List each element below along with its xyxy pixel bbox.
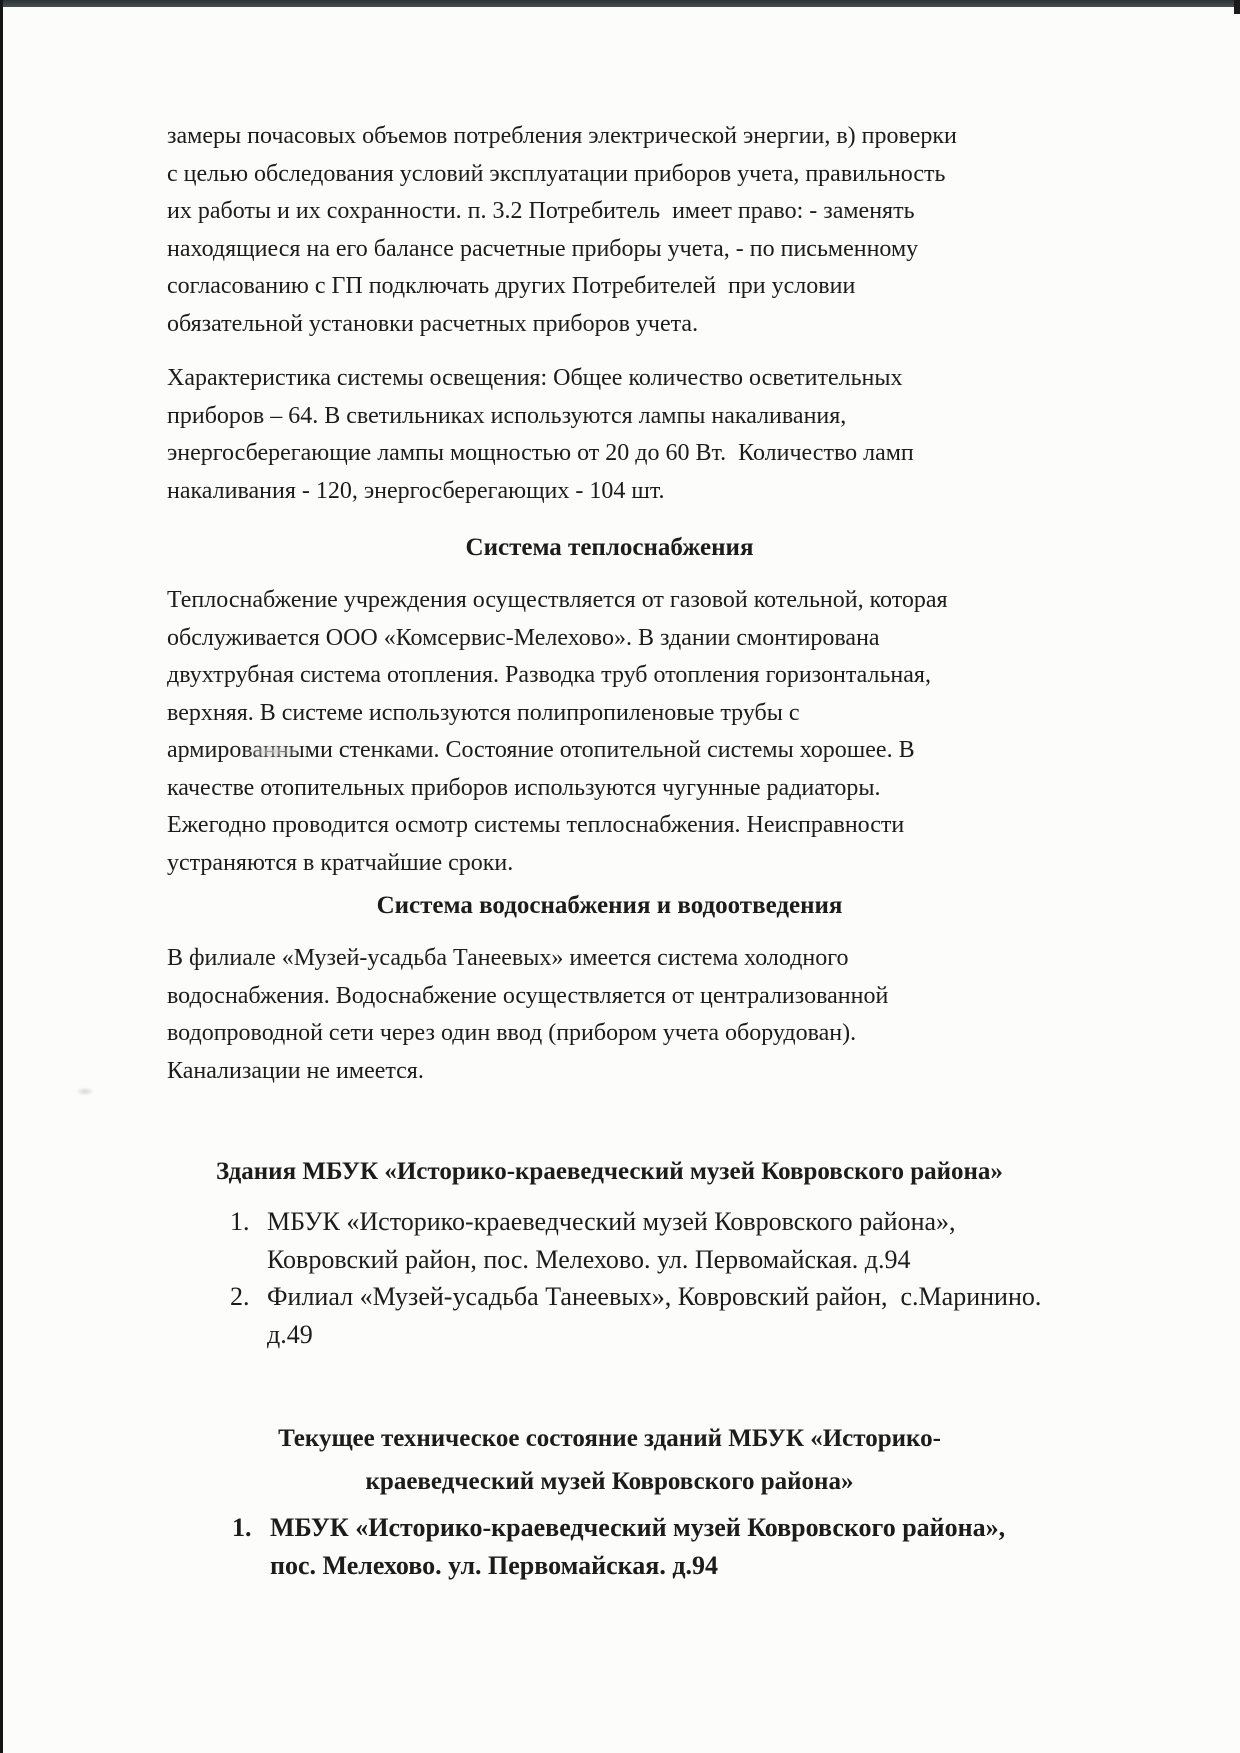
paragraph-lighting-system: Характеристика системы освещения: Общее … (167, 360, 1052, 510)
text-line: Теплоснабжение учреждения осуществляется… (167, 582, 1052, 620)
text-line: верхняя. В системе используются полипроп… (167, 695, 1052, 733)
document-content: замеры почасовых объемов потребления эле… (167, 0, 1052, 1585)
list-item-number: 1. (232, 1509, 270, 1585)
text-line: энергосберегающие лампы мощностью от 20 … (167, 435, 1052, 473)
heading-water-supply-system: Система водоснабжения и водоотведения (167, 886, 1052, 926)
text-line: краеведческий музей Ковровского района» (167, 1460, 1052, 1503)
text-line: согласованию с ГП подключать других Потр… (167, 268, 1052, 306)
paragraph-heating-system: Теплоснабжение учреждения осуществляется… (167, 582, 1052, 882)
scan-artifact-smudge (76, 1087, 94, 1096)
scanned-document-page: замеры почасовых объемов потребления эле… (0, 0, 1240, 1753)
text-line: водопроводной сети через один ввод (приб… (167, 1015, 1052, 1053)
text-line: Ежегодно проводится осмотр системы тепло… (167, 807, 1052, 845)
text-line: МБУК «Историко-краеведческий музей Ковро… (270, 1509, 1005, 1547)
list-item: 1. МБУК «Историко-краеведческий музей Ко… (230, 1203, 1052, 1278)
text-line: Канализации не имеется. (167, 1053, 1052, 1091)
list-item-text: МБУК «Историко-краеведческий музей Ковро… (267, 1203, 956, 1278)
text-line: водоснабжения. Водоснабжение осуществляе… (167, 978, 1052, 1016)
list-item-text: Филиал «Музей-усадьба Танеевых», Ковровс… (267, 1278, 1041, 1353)
text-line: замеры почасовых объемов потребления эле… (167, 118, 1052, 156)
list-item-number: 2. (230, 1278, 267, 1353)
scan-artifact-smudge (242, 744, 304, 759)
heading-current-technical-condition: Текущее техническое состояние зданий МБУ… (167, 1417, 1052, 1503)
text-line: качестве отопительных приборов использую… (167, 770, 1052, 808)
text-line: д.49 (267, 1316, 1041, 1354)
text-line: Текущее техническое состояние зданий МБУ… (167, 1417, 1052, 1460)
text-line: устраняются в кратчайшие сроки. (167, 845, 1052, 883)
condition-list-item: 1. МБУК «Историко-краеведческий музей Ко… (232, 1509, 1052, 1585)
list-item-text: МБУК «Историко-краеведческий музей Ковро… (270, 1509, 1005, 1585)
text-line: с целью обследования условий эксплуатаци… (167, 156, 1052, 194)
text-line: пос. Мелехово. ул. Первомайская. д.94 (270, 1547, 1005, 1585)
text-line: обслуживается ООО «Комсервис-Мелехово». … (167, 620, 1052, 658)
text-line: Характеристика системы освещения: Общее … (167, 360, 1052, 398)
paragraph-electricity-metering: замеры почасовых объемов потребления эле… (167, 118, 1052, 343)
heading-heating-system: Система теплоснабжения (167, 528, 1052, 568)
text-line: Ковровский район, пос. Мелехово. ул. Пер… (267, 1241, 956, 1279)
text-line: приборов – 64. В светильниках используют… (167, 398, 1052, 436)
text-line: В филиале «Музей-усадьба Танеевых» имеет… (167, 940, 1052, 978)
paragraph-water-supply-system: В филиале «Музей-усадьба Танеевых» имеет… (167, 940, 1052, 1090)
text-line: находящиеся на его балансе расчетные при… (167, 231, 1052, 269)
buildings-list: 1. МБУК «Историко-краеведческий музей Ко… (167, 1203, 1052, 1353)
list-item: 2. Филиал «Музей-усадьба Танеевых», Ковр… (230, 1278, 1052, 1353)
text-line: МБУК «Историко-краеведческий музей Ковро… (267, 1203, 956, 1241)
text-line: Филиал «Музей-усадьба Танеевых», Ковровс… (267, 1278, 1041, 1316)
text-line: их работы и их сохранности. п. 3.2 Потре… (167, 193, 1052, 231)
scan-left-edge (0, 0, 3, 1753)
text-line: двухтрубная система отопления. Разводка … (167, 657, 1052, 695)
heading-museum-buildings: Здания МБУК «Историко-краеведческий музе… (167, 1152, 1052, 1192)
list-item-number: 1. (230, 1203, 267, 1278)
text-line: накаливания - 120, энергосберегающих - 1… (167, 473, 1052, 511)
text-line: обязательной установки расчетных приборо… (167, 306, 1052, 344)
scan-corner-mark (1234, 0, 1240, 14)
